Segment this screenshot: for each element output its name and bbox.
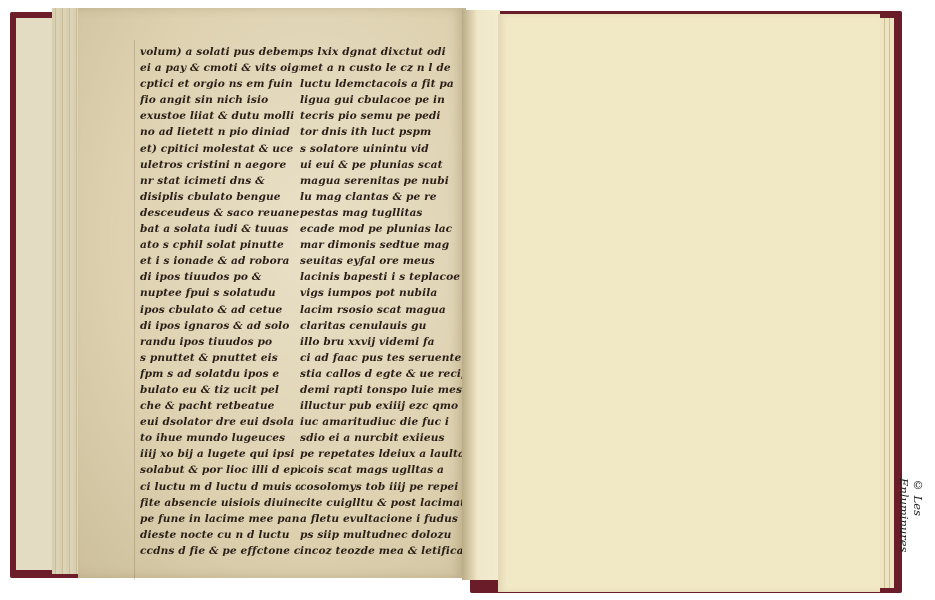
manuscript-line: pe fune in lacime mee pane [140,511,300,527]
manuscript-line: di ipos ignaros & ad solo [140,318,300,334]
text-column-left: volum) a solati pus debemiei a pay & cmo… [140,44,300,559]
gutter [462,10,500,580]
manuscript-line: vigs iumpos pot nubila [300,285,462,301]
manuscript-line: illuctur pub exiiij ezc qmo [300,398,462,414]
manuscript-line: ccdns d fie & pe effctone cuib [140,543,300,559]
manuscript-line: uletros cristini n aegore [140,157,300,173]
manuscript-line: tecris pio semu pe pedi [300,108,462,124]
manuscript-line: disiplis cbulato bengue [140,189,300,205]
manuscript-line: ecade mod pe plunias lac [300,221,462,237]
manuscript-line: claritas cenulauis gu [300,318,462,334]
manuscript-line: stia callos d egte & ue recipe [300,366,462,382]
manuscript-line: a fletu evultacione i fudus [300,511,462,527]
manuscript-line: et i s ionade & ad robora [140,253,300,269]
manuscript-line: mar dimonis sedtue mag [300,237,462,253]
manuscript-line: eui dsolator dre eui dsola [140,414,300,430]
page-edges-right [880,18,894,588]
manuscript-line: pe repetates ldeiux a laulta [300,446,462,462]
manuscript-line: ci ad faac pus tes seruente [300,350,462,366]
manuscript-line: randu ipos tiuudos po [140,334,300,350]
manuscript-line: lacinis bapesti i s teplacoe [300,269,462,285]
manuscript-line: illo bru xxvij videmi fa [300,334,462,350]
manuscript-line: cite cuiglltu & post lacimats [300,495,462,511]
manuscript-line: volum) a solati pus debemi [140,44,300,60]
manuscript-line: lu mag clantas & pe re [300,189,462,205]
manuscript-line: solabut & por lioc illi d epli [140,462,300,478]
manuscript-line: cois scat mags uglltas a [300,462,462,478]
copyright-watermark: © Les Enluminures [903,478,925,593]
manuscript-line: to ihue mundo lugeuces [140,430,300,446]
manuscript-line: ipos cbulato & ad cetue [140,302,300,318]
manuscript-line: ui eui & pe plunias scat [300,157,462,173]
manuscript-line: s pnuttet & pnuttet eis [140,350,300,366]
manuscript-line: iuc amaritudiuc die fuc i [300,414,462,430]
manuscript-line: ei a pay & cmoti & vits oigt [140,60,300,76]
manuscript-line: nr stat icimeti dns & [140,173,300,189]
manuscript-line: desceudeus & saco reuane [140,205,300,221]
manuscript-line: bulato eu & tiz ucit pel [140,382,300,398]
manuscript-line: iiij xo bij a lugete qui ipsi [140,446,300,462]
manuscript-line: ci luctu m d luctu d muis d [140,479,300,495]
manuscript-line: fite absencie uisiois diuine [140,495,300,511]
manuscript-line: ligua gui cbulacoe pe in [300,92,462,108]
blank-flyleaf-recto [498,14,880,592]
manuscript-line: fio angit sin nich isio [140,92,300,108]
manuscript-line: cosolomys tob iiij pe repei [300,479,462,495]
manuscript-line: fpm s ad solatdu ipos e [140,366,300,382]
manuscript-line: ato s cphil solat pinutte [140,237,300,253]
manuscript-line: sdio ei a nurcbit exiieus [300,430,462,446]
manuscript-line: lacim rsosio scat magua [300,302,462,318]
manuscript-line: seuitas eyfal ore meus [300,253,462,269]
manuscript-line: dieste nocte cu n d luctu [140,527,300,543]
manuscript-line: et) cpitici molestat & uce [140,141,300,157]
manuscript-line: no ad lietett n pio diniad [140,124,300,140]
manuscript-line: luctu ldemctacois a fit pa [300,76,462,92]
manuscript-line: incoz teozde mea & letifica [300,543,462,559]
manuscript-line: demi rapti tonspo luie mes [300,382,462,398]
ruling-line-left [134,40,135,580]
manuscript-line: cptici et orgio ns em fuin [140,76,300,92]
manuscript-line: exustoe liiat & dutu molli [140,108,300,124]
manuscript-line: met a n custo le cz n l de [300,60,462,76]
manuscript-line: bat a solata iudi & tuuas [140,221,300,237]
text-column-right: ps lxix dgnat dixctut odimet a n custo l… [300,44,462,559]
manuscript-line: che & pacht retbeatue [140,398,300,414]
manuscript-line: ps siip multudnec dolozu [300,527,462,543]
manuscript-line: nuptee fpui s solatudu [140,285,300,301]
manuscript-line: ps lxix dgnat dixctut odi [300,44,462,60]
manuscript-line: s solatore uinintu vid [300,141,462,157]
manuscript-line: pestas mag tugllitas [300,205,462,221]
manuscript-line: di ipos tiuudos po & [140,269,300,285]
manuscript-line: magua serenitas pe nubi [300,173,462,189]
manuscript-line: tor dnis ith luct pspm [300,124,462,140]
